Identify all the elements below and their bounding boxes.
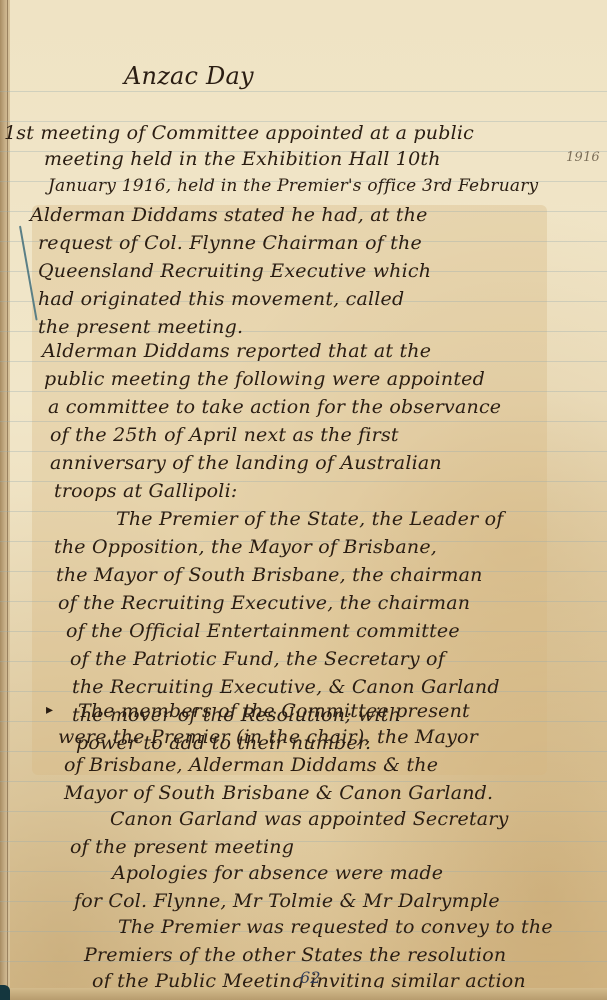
ledger-page: Anzac Day 1st meeting of Committee appoi… (0, 0, 607, 1000)
text-line: Premiers of the other States the resolut… (84, 944, 506, 966)
text-line: January 1916, held in the Premier's offi… (48, 176, 538, 196)
text-line: anniversary of the landing of Australian (50, 452, 442, 474)
text-line: of the Patriotic Fund, the Secretary of (70, 648, 445, 670)
text-line: Mayor of South Brisbane & Canon Garland. (64, 782, 493, 804)
corner-mark (0, 985, 10, 1000)
page-bottom-edge (0, 988, 607, 1000)
text-line: Queensland Recruiting Executive which (38, 260, 431, 282)
text-line: of the Recruiting Executive, the chairma… (58, 592, 470, 614)
text-line: were the Premier (in the chair), the May… (58, 726, 478, 748)
text-line: Apologies for absence were made (112, 862, 443, 884)
text-line: of the Official Entertainment committee (66, 620, 460, 642)
text-line: Alderman Diddams stated he had, at the (30, 204, 428, 226)
text-line: the Mayor of South Brisbane, the chairma… (56, 564, 483, 586)
text-line: The Premier was requested to convey to t… (118, 916, 553, 938)
margin-year-annotation: 1916 (566, 150, 600, 165)
text-line: Canon Garland was appointed Secretary (110, 808, 509, 830)
text-line: the Opposition, the Mayor of Brisbane, (54, 536, 437, 558)
text-line: 1st meeting of Committee appointed at a … (4, 122, 474, 144)
text-line: request of Col. Flynne Chairman of the (38, 232, 422, 254)
page-title: Anzac Day (124, 62, 254, 90)
text-line: the Recruiting Executive, & Canon Garlan… (72, 676, 500, 698)
text-line: The Premier of the State, the Leader of (116, 508, 504, 530)
text-line: The members of the Committee present (78, 700, 470, 722)
text-line: meeting held in the Exhibition Hall 10th (44, 148, 441, 170)
text-line: of the present meeting (70, 836, 294, 858)
text-line: of the 25th of April next as the first (50, 424, 399, 446)
page-number: 62 (300, 968, 321, 987)
text-line: the present meeting. (38, 316, 243, 338)
margin-bullet-mark: ▸ (46, 702, 53, 718)
text-line: troops at Gallipoli: (54, 480, 237, 502)
text-line: Alderman Diddams reported that at the (42, 340, 431, 362)
text-line: had originated this movement, called (38, 288, 404, 310)
text-line: public meeting the following were appoin… (44, 368, 485, 390)
text-line: for Col. Flynne, Mr Tolmie & Mr Dalrympl… (74, 890, 500, 912)
text-line: a committee to take action for the obser… (48, 396, 501, 418)
text-line: of Brisbane, Alderman Diddams & the (64, 754, 438, 776)
